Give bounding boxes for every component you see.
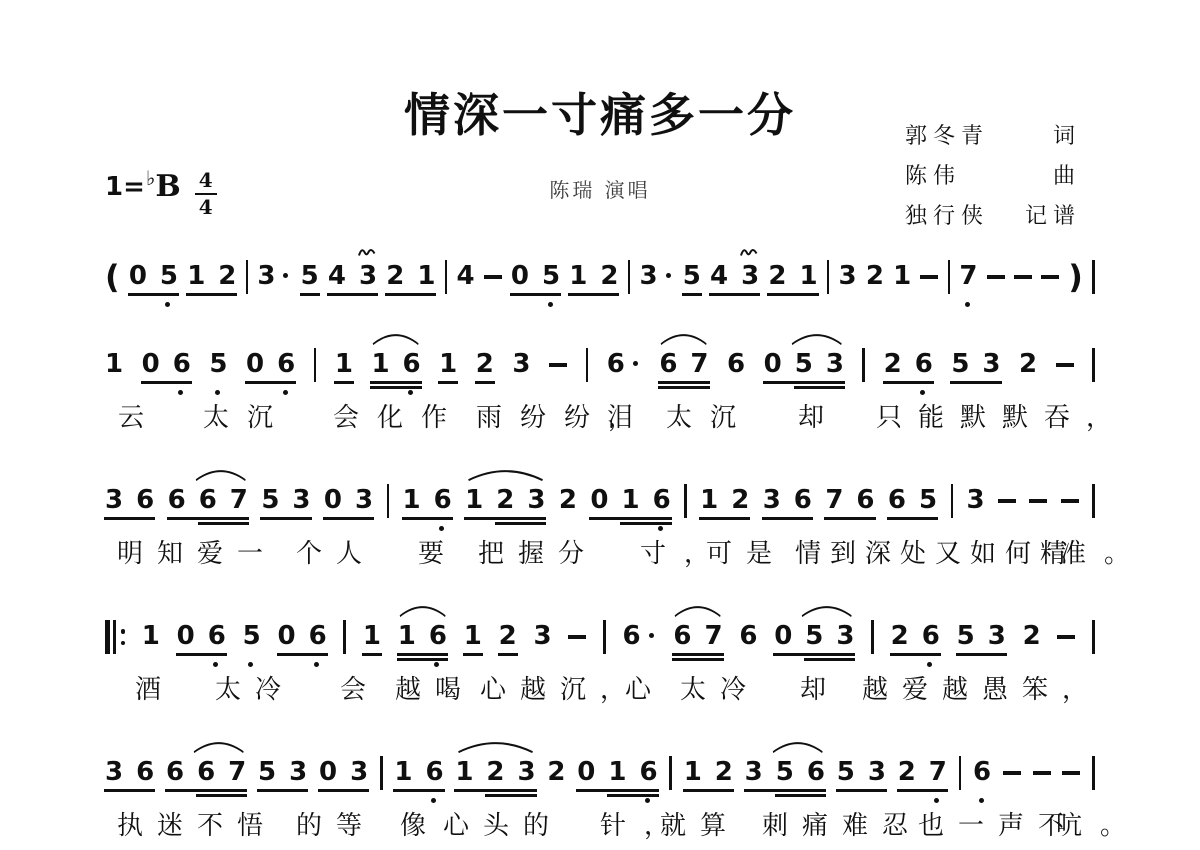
note-digit: 1 [403, 485, 421, 515]
underline-beam [454, 789, 487, 792]
dash-note [998, 499, 1016, 503]
note-digit: 4 [328, 261, 346, 291]
sheet-music-page: 情深一寸痛多一分 陈瑞 演唱 1= ♭ B 4 4 郭冬青词陈伟曲独行侠记谱 (… [0, 0, 1200, 850]
note: 1 [569, 260, 600, 292]
note-digit: 6 [277, 349, 295, 379]
underline-beam [495, 517, 528, 520]
note-digit: 2 [1023, 621, 1041, 651]
note-digit: 1 [465, 485, 483, 515]
note-digit: 5 [301, 261, 319, 291]
note-digit: 2 [866, 261, 884, 291]
note: 3 [982, 348, 1000, 380]
note-digit: 5 [261, 485, 279, 515]
note: 3 [826, 348, 844, 380]
note: 2 [768, 260, 799, 292]
note: 3 [868, 756, 886, 788]
note-digit: 3 [741, 261, 759, 291]
repeat-thin-bar [113, 620, 116, 654]
note-digit: 1 [893, 261, 911, 291]
note: 3 [350, 756, 368, 788]
slur-arc [772, 741, 823, 753]
lyric-phrase: 准。 [1060, 538, 1148, 571]
note-digit: 3 [257, 261, 275, 291]
barline [684, 484, 687, 518]
note: 6 [807, 756, 825, 788]
underline-beam [370, 381, 403, 384]
note: 6 [653, 484, 671, 516]
underline-beam [276, 381, 296, 384]
note: 6 [208, 620, 226, 652]
note-group: 06 [177, 620, 226, 652]
song-title: 情深一寸痛多一分 [404, 92, 796, 138]
note-digit: 7 [929, 757, 947, 787]
note-digit: 3 [988, 621, 1006, 651]
note: 5 [951, 348, 982, 380]
flat-icon: ♭ [146, 168, 155, 188]
underline-beam [709, 293, 742, 296]
underline-beam [385, 293, 418, 296]
slur-arc [399, 605, 446, 617]
note-digit: 5 [951, 349, 969, 379]
rest-note: 0 [774, 620, 805, 652]
note: 6 [309, 620, 327, 652]
underline-beam [416, 293, 436, 296]
lyrics-row: 执迷不悟的等像心头的针，就算刺痛难忍也一声不吭。 [105, 810, 1095, 846]
note-group: 53 [957, 620, 1006, 652]
note: 3 [967, 484, 985, 516]
score-line: 3666753031612320161235653276执迷不悟的等像心头的针，… [105, 756, 1095, 846]
note-digit: 1 [684, 757, 702, 787]
note-group: 36 [105, 756, 154, 788]
note-digit: 5 [776, 757, 794, 787]
underline-beam [323, 517, 356, 520]
note-digit: 3 [745, 757, 763, 787]
barline [445, 260, 448, 294]
note: 2 [715, 756, 733, 788]
underline-beam [775, 789, 808, 792]
underline-beam [683, 789, 716, 792]
underline-beam [128, 293, 161, 296]
key-signature: 1= ♭ B 4 4 [105, 170, 217, 218]
note-digit: 2 [499, 621, 517, 651]
note: 5 [683, 260, 701, 292]
note-digit: 0 [278, 621, 296, 651]
note-group: 123 [455, 756, 535, 788]
underline-beam [424, 789, 444, 792]
score-line: 366675303161232016123676653明知爱一个人要把握分寸，可… [105, 484, 1095, 574]
underline-beam [658, 381, 691, 384]
underline-beam [703, 653, 723, 656]
note: 2 [547, 756, 565, 788]
lyric-phrase: 像 [400, 810, 444, 843]
note-digit: 7 [959, 261, 977, 291]
underline-beam [159, 293, 179, 296]
note-digit: 3 [533, 621, 551, 651]
meter-numerator: 4 [195, 170, 217, 195]
barline [948, 260, 951, 294]
note-digit: 6 [888, 485, 906, 515]
underline-beam [775, 794, 808, 797]
underline-beam [714, 789, 734, 792]
barline [343, 620, 346, 654]
note: 6 [136, 756, 154, 788]
barline [871, 620, 874, 654]
slur-arc [193, 741, 244, 753]
underline-beam [855, 517, 875, 520]
note-digit: 3 [355, 485, 373, 515]
note-digit: 0 [764, 349, 782, 379]
credit-role: 曲 [1053, 166, 1081, 188]
note: 6 [727, 348, 745, 380]
underline-beam [464, 517, 497, 520]
note: 5 [919, 484, 937, 516]
note-group: 06 [278, 620, 327, 652]
credit-row: 郭冬青词 [905, 126, 1081, 148]
note-digit: 3 [826, 349, 844, 379]
note: 3 [292, 484, 310, 516]
lyric-phrase: 太沉 [203, 402, 291, 435]
barline [669, 756, 672, 790]
duration-dot [649, 633, 654, 638]
note: 2 [486, 756, 517, 788]
note-digit: 6 [136, 757, 154, 787]
note-group: 53 [258, 756, 307, 788]
low-octave-dot [965, 302, 970, 307]
dash-note [549, 363, 567, 367]
note-digit: 1 [569, 261, 587, 291]
note: 3 [359, 260, 377, 292]
underline-beam [517, 789, 537, 792]
rest-note: 0 [764, 348, 795, 380]
note: 5 [795, 348, 826, 380]
dash-note [1029, 499, 1047, 503]
lyric-phrase: 把握分 [478, 538, 598, 571]
note: 1 [394, 756, 425, 788]
note-digit: 6 [639, 757, 657, 787]
note-digit: 4 [710, 261, 728, 291]
slur-arc [467, 469, 544, 481]
lyric-phrase: 心头的 [443, 810, 563, 843]
barline [827, 260, 830, 294]
underline-beam [308, 653, 328, 656]
lyric-phrase: 心 [625, 674, 669, 707]
dash-note [1062, 771, 1080, 775]
slur-arc [674, 605, 721, 617]
low-octave-dot [283, 390, 288, 395]
underline-beam [245, 381, 278, 384]
note-digit: 6 [197, 757, 215, 787]
note: 3 [763, 484, 794, 516]
underline-beam [804, 653, 837, 656]
underline-beam [682, 293, 702, 296]
note-group: 03 [324, 484, 373, 516]
underline-beam [806, 794, 826, 797]
note-group: 26 [891, 620, 940, 652]
note-digit: 6 [973, 757, 991, 787]
note-digit: 2 [476, 349, 494, 379]
note: 6 [277, 348, 295, 380]
low-octave-dot [178, 390, 183, 395]
note-digit: 7 [825, 485, 843, 515]
underline-beam [825, 386, 845, 389]
note: 1 [608, 756, 639, 788]
lyric-phrase: 会 [340, 674, 384, 707]
note-digit: 5 [919, 485, 937, 515]
underline-beam [956, 653, 989, 656]
underline-beam [104, 789, 137, 792]
note-digit: 2 [547, 757, 565, 787]
low-octave-dot [431, 798, 436, 803]
note-digit: 3 [763, 485, 781, 515]
dash-note [1056, 363, 1074, 367]
underline-beam [794, 381, 827, 384]
note: 1 [684, 756, 715, 788]
underline-beam [806, 789, 826, 792]
performer-subtitle: 陈瑞 演唱 [549, 180, 650, 200]
underline-beam [887, 517, 920, 520]
note-group: 53 [837, 756, 886, 788]
note: 6 [673, 620, 704, 652]
note: 2 [496, 484, 527, 516]
note: 1 [403, 484, 434, 516]
note-group: 16 [398, 620, 447, 652]
note-digit: 0 [590, 485, 608, 515]
note: 3 [745, 756, 776, 788]
note-digit: 6 [403, 349, 421, 379]
note: 4 [710, 260, 741, 292]
underline-beam [370, 386, 403, 389]
underline-beam [638, 789, 658, 792]
note-group: 053 [774, 620, 854, 652]
underline-beam [402, 517, 435, 520]
underline-beam [300, 293, 320, 296]
underline-beam [918, 517, 938, 520]
note: 2 [866, 260, 884, 292]
note: 3 [741, 260, 759, 292]
note: 2 [884, 348, 915, 380]
note-digit: 6 [922, 621, 940, 651]
note: 3 [257, 260, 291, 292]
note-group: 03 [319, 756, 368, 788]
note: 2 [476, 348, 494, 380]
underline-beam [883, 381, 916, 384]
underline-beam [672, 658, 705, 661]
note-group: 21 [386, 260, 435, 292]
barline [1092, 620, 1095, 654]
underline-beam [703, 658, 723, 661]
note-digit: 1 [394, 757, 412, 787]
note-digit: 1 [608, 757, 626, 787]
note-digit: 2 [496, 485, 514, 515]
lyric-phrase: 要 [418, 538, 462, 571]
lyrics-row: 云太沉会化作雨纷纷，泪太沉却只能默默吞， [105, 402, 1095, 438]
underline-beam [428, 658, 448, 661]
lyric-phrase: 会化作 [333, 402, 465, 435]
note: 3 [988, 620, 1006, 652]
note-group: 53 [261, 484, 310, 516]
note-digit: 6 [429, 621, 447, 651]
underline-beam [658, 386, 691, 389]
underline-beam [599, 293, 619, 296]
note-group: 667 [166, 756, 246, 788]
note: 6 [659, 348, 690, 380]
note-digit: 3 [982, 349, 1000, 379]
rest-note: 0 [511, 260, 542, 292]
underline-beam [358, 293, 378, 296]
note-group: 12 [684, 756, 733, 788]
score-line: 106506116123667605326532云太沉会化作雨纷纷，泪太沉却只能… [105, 348, 1095, 438]
note-digit: 6 [309, 621, 327, 651]
underline-beam [165, 789, 198, 792]
note: 1 [455, 756, 486, 788]
low-octave-dot [439, 526, 444, 531]
underline-beam [198, 517, 231, 520]
lyric-phrase: 太沉 [666, 402, 754, 435]
note: 6 [607, 348, 641, 380]
note-digit: 6 [425, 757, 443, 787]
note-digit: 2 [715, 757, 733, 787]
note: 7 [704, 620, 722, 652]
dash-note [1057, 635, 1075, 639]
note-digit: 5 [209, 349, 227, 379]
underline-beam [475, 381, 495, 384]
note-digit: 6 [208, 621, 226, 651]
meter-denominator: 4 [199, 195, 213, 218]
note-group: 16 [394, 756, 443, 788]
low-octave-dot [213, 662, 218, 667]
note-digit: 6 [136, 485, 154, 515]
header: 情深一寸痛多一分 陈瑞 演唱 1= ♭ B 4 4 郭冬青词陈伟曲独行侠记谱 [105, 92, 1095, 260]
note: 6 [888, 484, 919, 516]
note: 6 [197, 756, 228, 788]
slur-arc [791, 333, 842, 345]
barline [586, 348, 589, 382]
note-digit: 3 [639, 261, 657, 291]
underline-beam [288, 789, 308, 792]
lyric-phrase: 太冷 [215, 674, 295, 707]
underline-beam [463, 653, 483, 656]
note: 3 [836, 620, 854, 652]
slur-arc [801, 605, 852, 617]
note-digit: 6 [659, 349, 677, 379]
barline [1092, 756, 1095, 790]
note-group: 27 [898, 756, 947, 788]
underline-beam [217, 293, 237, 296]
note-digit: 1 [455, 757, 473, 787]
note-digit: 6 [607, 349, 625, 379]
slur-arc [457, 741, 534, 753]
note: 3 [639, 260, 673, 292]
rest-note: 0 [129, 260, 160, 292]
note: 1 [700, 484, 731, 516]
note: 2 [1019, 348, 1037, 380]
underline-beam [257, 789, 290, 792]
underline-beam [362, 653, 382, 656]
note-digit: 0 [774, 621, 792, 651]
low-octave-dot [927, 662, 932, 667]
rest-note: 0 [278, 620, 309, 652]
lyric-phrase: 个人 [296, 538, 376, 571]
lyric-phrase: 云 [118, 402, 162, 435]
dash-note [920, 275, 938, 279]
note-group: 12 [700, 484, 749, 516]
low-octave-dot [979, 798, 984, 803]
note: 7 [959, 260, 977, 292]
note-digit: 6 [673, 621, 691, 651]
underline-beam [804, 658, 837, 661]
note-digit: 6 [807, 757, 825, 787]
note-digit: 2 [898, 757, 916, 787]
note-group: 16 [371, 348, 420, 380]
note-digit: 7 [704, 621, 722, 651]
underline-beam [568, 293, 601, 296]
note: 6 [794, 484, 812, 516]
underline-beam [397, 658, 430, 661]
note-group: 76 [825, 484, 874, 516]
note: 5 [209, 348, 227, 380]
note-digit: 1 [187, 261, 205, 291]
note-digit: 6 [727, 349, 745, 379]
note-digit: 5 [837, 757, 855, 787]
low-octave-dot [314, 662, 319, 667]
underline-beam [433, 517, 453, 520]
underline-beam [981, 381, 1001, 384]
underline-beam [767, 293, 800, 296]
underline-beam [836, 789, 869, 792]
note: 3 [512, 348, 530, 380]
underline-beam [689, 381, 709, 384]
underline-beam [438, 381, 458, 384]
note-digit: 7 [690, 349, 708, 379]
note: 1 [464, 620, 482, 652]
note-group: 36 [105, 484, 154, 516]
note: 1 [398, 620, 429, 652]
underline-beam [576, 789, 609, 792]
rest-note: 0 [319, 756, 350, 788]
note-digit: 3 [105, 485, 123, 515]
lyric-phrase: 也一声不 [918, 810, 1078, 843]
slur-arc [195, 469, 246, 481]
note-digit: 0 [324, 485, 342, 515]
barline [387, 484, 390, 518]
note: 1 [893, 260, 911, 292]
notes-row: 106506116123667605326532 [105, 348, 1095, 388]
underline-beam [672, 653, 705, 656]
underline-beam [762, 517, 795, 520]
note: 5 [243, 620, 261, 652]
note-digit: 3 [289, 757, 307, 787]
underline-beam [227, 794, 247, 797]
underline-beam [824, 517, 857, 520]
duration-dot [666, 273, 671, 278]
note: 1 [417, 260, 435, 292]
note: 3 [527, 484, 545, 516]
underline-beam [318, 789, 351, 792]
lyric-phrase: 却 [800, 674, 844, 707]
underline-beam [495, 522, 528, 525]
underline-beam [402, 381, 422, 384]
note: 2 [731, 484, 749, 516]
underline-beam [135, 789, 155, 792]
dash-note [1061, 499, 1079, 503]
underline-beam [620, 517, 653, 520]
underline-beam [607, 794, 640, 797]
note-digit: 1 [105, 349, 123, 379]
note-digit: 0 [319, 757, 337, 787]
note-digit: 1 [417, 261, 435, 291]
note-digit: 0 [511, 261, 529, 291]
underline-beam [928, 789, 948, 792]
